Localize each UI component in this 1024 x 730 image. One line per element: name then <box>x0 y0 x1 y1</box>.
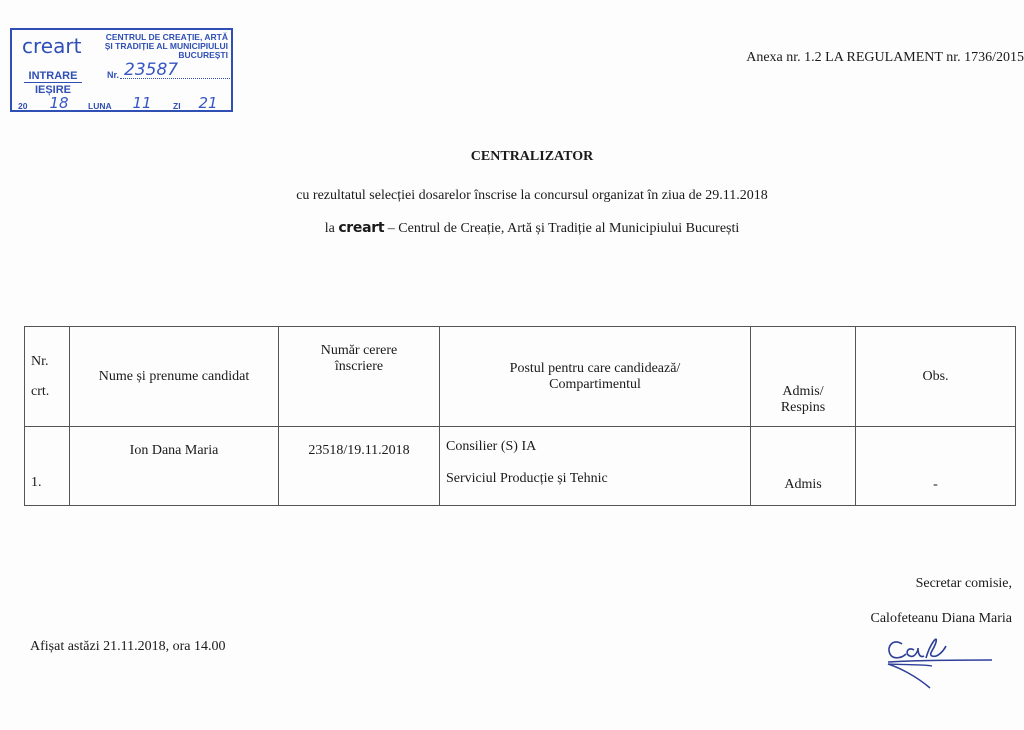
cell-department: Serviciul Producție și Tehnic <box>446 463 744 495</box>
header-admis-line-2: Respins <box>781 400 825 415</box>
secretary-name: Calofeteanu Diana Maria <box>871 611 1013 627</box>
header-request-line-2: înscriere <box>335 359 383 374</box>
header-admis-line-1: Admis/ <box>782 384 823 399</box>
stamp-date-row: 20 18 LUNA 11 ZI 21 <box>16 98 230 112</box>
results-table: Nr. crt. Nume și prenume candidat Număr … <box>24 326 1016 506</box>
institution-prefix: la <box>325 221 335 236</box>
institution-name: – Centrul de Creație, Artă și Tradiție a… <box>388 221 740 236</box>
header-post-line-2: Compartimentul <box>549 377 641 392</box>
header-nr-crt: Nr. crt. <box>25 327 70 427</box>
header-candidate-name: Nume și prenume candidat <box>70 327 279 427</box>
stamp-year-field: 18 <box>34 96 84 111</box>
cell-nr: 1. <box>25 427 70 506</box>
header-nr-line-1: Nr. <box>31 354 49 369</box>
annex-reference: Anexa nr. 1.2 LA REGULAMENT nr. 1736/201… <box>746 50 1024 66</box>
cell-post: Consilier (S) IA <box>446 431 744 463</box>
stamp-nr-label: Nr. <box>107 70 119 80</box>
cell-post-department: Consilier (S) IA Serviciul Producție și … <box>440 427 751 506</box>
header-post-line-1: Postul pentru care candidează/ <box>510 361 681 376</box>
stamp-day-label: ZI <box>173 101 181 111</box>
header-post-department: Postul pentru care candidează/ Compartim… <box>440 327 751 427</box>
stamp-day-field: 21 <box>186 96 230 111</box>
document-subtitle: cu rezultatul selecției dosarelor înscri… <box>0 188 1024 204</box>
stamp-intrare-label: INTRARE <box>24 70 82 83</box>
document-title: CENTRALIZATOR <box>0 149 1024 165</box>
stamp-year-prefix: 20 <box>18 101 27 111</box>
cell-request-number: 23518/19.11.2018 <box>279 427 440 506</box>
secretary-title: Secretar comisie, <box>916 576 1012 592</box>
header-observations: Obs. <box>856 327 1016 427</box>
table-row: 1. Ion Dana Maria 23518/19.11.2018 Consi… <box>25 427 1016 506</box>
cell-observations: - <box>856 427 1016 506</box>
cell-result: Admis <box>751 427 856 506</box>
document-page: creart CENTRUL DE CREAȚIE, ARTĂ ȘI TRADI… <box>0 0 1024 730</box>
posted-notice: Afișat astăzi 21.11.2018, ora 14.00 <box>30 639 225 655</box>
stamp-logo: creart <box>22 34 81 58</box>
header-admis-respins: Admis/ Respins <box>751 327 856 427</box>
document-institution-line: la creart – Centrul de Creație, Artă și … <box>0 220 1024 237</box>
stamp-month-field: 11 <box>116 96 168 111</box>
table-header-row: Nr. crt. Nume și prenume candidat Număr … <box>25 327 1016 427</box>
stamp-nr-value: 23587 <box>124 60 178 80</box>
stamp-month-label: LUNA <box>88 101 112 111</box>
signature-icon <box>880 632 1000 692</box>
registration-stamp: creart CENTRUL DE CREAȚIE, ARTĂ ȘI TRADI… <box>10 28 233 112</box>
stamp-org-line-3: BUCUREȘTI <box>92 51 228 60</box>
stamp-day-value: 21 <box>198 94 217 112</box>
stamp-month-value: 11 <box>132 94 151 112</box>
stamp-organization: CENTRUL DE CREAȚIE, ARTĂ ȘI TRADIȚIE AL … <box>92 33 228 60</box>
institution-brand-logo: creart <box>338 220 384 236</box>
header-request-line-1: Număr cerere <box>321 343 398 358</box>
header-request-number: Număr cerere înscriere <box>279 327 440 427</box>
stamp-year-value: 18 <box>49 94 68 112</box>
header-nr-line-2: crt. <box>31 384 49 399</box>
cell-candidate-name: Ion Dana Maria <box>70 427 279 506</box>
